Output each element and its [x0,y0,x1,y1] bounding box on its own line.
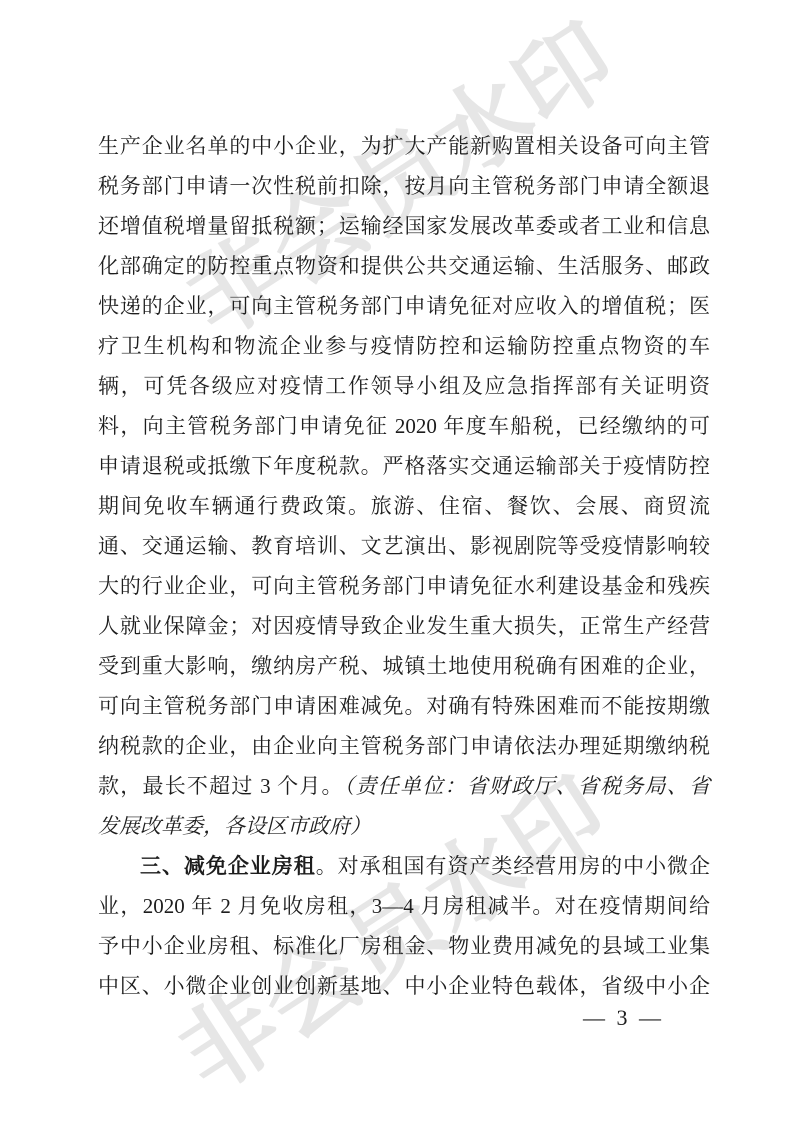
body-text: 生产企业名单的中小企业，为扩大产能新购置相关设备可向主管 [98,134,710,158]
responsibility-clause-text: 发展改革委，各设区市政府） [98,814,371,838]
body-text: 期间免收车辆通行费政策。旅游、住宿、餐饮、会展、商贸流 [98,494,710,518]
text-line: 人就业保障金；对因疫情导致企业发生重大损失，正常生产经营 [98,606,710,646]
body-text: 通、交通运输、教育培训、文艺演出、影视剧院等受疫情影响较 [98,534,710,558]
page-number: — 3 — [583,998,664,1038]
body-text: 料，向主管税务部门申请免征 2020 年度车船税，已经缴纳的可 [98,414,710,438]
text-line: 业，2020 年 2 月免收房租，3—4 月房租减半。对在疫情期间给 [98,886,710,926]
body-text: 受到重大影响，缴纳房产税、城镇土地使用税确有困难的企业， [98,654,710,678]
body-text: 款，最长不超过 3 个月。 [98,774,344,798]
text-line: 款，最长不超过 3 个月。（责任单位：省财政厅、省税务局、省 [98,766,710,806]
text-line: 生产企业名单的中小企业，为扩大产能新购置相关设备可向主管 [98,126,710,166]
body-text: 予中小企业房租、标准化厂房租金、物业费用减免的县域工业集 [98,934,710,958]
body-text: 税务部门申请一次性税前扣除，按月向主管税务部门申请全额退 [98,174,710,198]
text-line: 大的行业企业，可向主管税务部门申请免征水利建设基金和残疾 [98,566,710,606]
text-line: 辆，可凭各级应对疫情工作领导小组及应急指挥部有关证明资 [98,366,710,406]
body-text: 中区、小微企业创业创新基地、中小企业特色载体，省级中小企 [98,974,710,998]
body-text: 还增值税增量留抵税额；运输经国家发展改革委或者工业和信息 [98,214,710,238]
text-line: 可向主管税务部门申请困难减免。对确有特殊困难而不能按期缴 [98,686,710,726]
text-line: 还增值税增量留抵税额；运输经国家发展改革委或者工业和信息 [98,206,710,246]
text-line: 三、减免企业房租。对承租国有资产类经营用房的中小微企 [98,846,710,886]
text-line: 申请退税或抵缴下年度税款。严格落实交通运输部关于疫情防控 [98,446,710,486]
text-line: 发展改革委，各设区市政府） [98,806,710,846]
body-text: 辆，可凭各级应对疫情工作领导小组及应急指挥部有关证明资 [98,374,710,398]
document-body: 生产企业名单的中小企业，为扩大产能新购置相关设备可向主管税务部门申请一次性税前扣… [98,126,710,1006]
text-line: 纳税款的企业，由企业向主管税务部门申请依法办理延期缴纳税 [98,726,710,766]
responsibility-clause-text: （责任单位：省财政厅、省税务局、省 [344,774,710,798]
text-line: 予中小企业房租、标准化厂房租金、物业费用减免的县域工业集 [98,926,710,966]
text-line: 期间免收车辆通行费政策。旅游、住宿、餐饮、会展、商贸流 [98,486,710,526]
body-text: 申请退税或抵缴下年度税款。严格落实交通运输部关于疫情防控 [98,454,710,478]
text-line: 疗卫生机构和物流企业参与疫情防控和运输防控重点物资的车 [98,326,710,366]
text-line: 料，向主管税务部门申请免征 2020 年度车船税，已经缴纳的可 [98,406,710,446]
body-text: 业，2020 年 2 月免收房租，3—4 月房租减半。对在疫情期间给 [98,894,710,918]
body-text: 化部确定的防控重点物资和提供公共交通运输、生活服务、邮政 [98,254,710,278]
text-line: 化部确定的防控重点物资和提供公共交通运输、生活服务、邮政 [98,246,710,286]
body-text: 。对承租国有资产类经营用房的中小微企 [316,854,710,878]
body-text: 疗卫生机构和物流企业参与疫情防控和运输防控重点物资的车 [98,334,710,358]
body-text: 快递的企业，可向主管税务部门申请免征对应收入的增值税；医 [98,294,710,318]
body-text: 大的行业企业，可向主管税务部门申请免征水利建设基金和残疾 [98,574,710,598]
text-line: 受到重大影响，缴纳房产税、城镇土地使用税确有困难的企业， [98,646,710,686]
heading-text: 三、减免企业房租 [140,855,316,878]
text-line: 通、交通运输、教育培训、文艺演出、影视剧院等受疫情影响较 [98,526,710,566]
body-text: 可向主管税务部门申请困难减免。对确有特殊困难而不能按期缴 [98,694,710,718]
body-text: 纳税款的企业，由企业向主管税务部门申请依法办理延期缴纳税 [98,734,710,758]
body-text: 人就业保障金；对因疫情导致企业发生重大损失，正常生产经营 [98,614,710,638]
document-page: 非会员水印 非会员水印 生产企业名单的中小企业，为扩大产能新购置相关设备可向主管… [0,0,793,1122]
text-line: 快递的企业，可向主管税务部门申请免征对应收入的增值税；医 [98,286,710,326]
text-line: 税务部门申请一次性税前扣除，按月向主管税务部门申请全额退 [98,166,710,206]
